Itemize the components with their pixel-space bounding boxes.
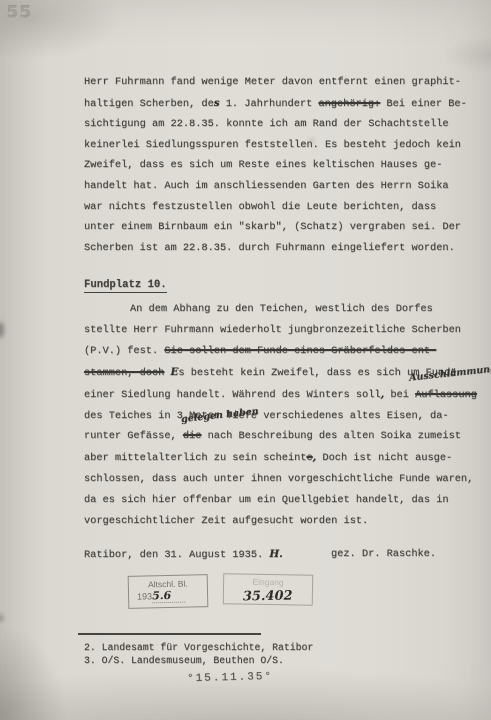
typed-text: Bei einer Be- <box>380 98 467 110</box>
divider-line <box>78 633 261 635</box>
typed-text: An dem Abhang zu den Teichen, westlich d… <box>130 303 433 315</box>
inbox-stamp-handwritten-number: 35.402 <box>243 589 293 605</box>
typed-line: Scherben ist am 22.8.35. durch Fuhrmann … <box>84 238 467 259</box>
typed-text: nach Beschreibung des alten Soika zumeis… <box>201 430 461 442</box>
scan-smudge <box>0 614 3 622</box>
typed-line: aber mittelalterlich zu sein scheinte, D… <box>84 447 477 469</box>
typed-text: 1. Jahrhundert <box>220 98 319 110</box>
paragraph-fundplatz9: Herr Fuhrmann fand wenige Meter davon en… <box>84 72 467 258</box>
typed-line: keinerlei Siedlungsspuren feststellen. E… <box>84 135 467 156</box>
typed-text: handelt hat. Auch im anschliessenden Gar… <box>84 180 449 192</box>
typed-line: stellte Herr Fuhrmann wiederholt jungbro… <box>84 320 477 341</box>
page-number: 55 <box>7 3 33 23</box>
struck-text: angehörig: <box>318 98 380 110</box>
date-stamp: °15.11.35° <box>187 671 273 685</box>
typed-text: (P.V.) fest. <box>84 345 164 357</box>
typed-line: des Teiches in 3 Meter Tiefe verschieden… <box>84 406 477 427</box>
register-stamp-year: 193 <box>137 591 152 601</box>
struck-text: Sie sollen dem Funde eines Gräberfeldes … <box>164 345 436 357</box>
register-stamp: Altschl. Bl. 1935.6 <box>128 574 209 609</box>
typed-line: einer Siedlung handelt. Während des Wint… <box>84 384 477 406</box>
typed-text: stellte Herr Fuhrmann wiederholt jungbro… <box>84 324 461 336</box>
struck-text: stammen, doch <box>84 367 164 379</box>
struck-text: Auflassung <box>415 389 477 401</box>
typed-line: (P.V.) fest. Sie sollen dem Funde eines … <box>84 341 477 362</box>
distribution-item: 3. O/S. Landesmuseum, Beuthen O/S. <box>84 654 313 667</box>
distribution-list: 2. Landesamt für Vorgeschichte, Ratibor … <box>84 641 313 667</box>
typed-text: haltigen Scherben, de <box>84 98 214 110</box>
place-date-text: Ratibor, den 31. August 1935. <box>84 549 263 561</box>
typed-text: aber mittelalterlich zu sein scheint <box>84 452 306 464</box>
typed-line: haltigen Scherben, des 1. Jahrhundert an… <box>84 93 467 115</box>
typed-text: Doch ist nicht ausge- <box>316 452 452 464</box>
typed-line: Herr Fuhrmann fand wenige Meter davon en… <box>84 72 467 93</box>
typed-line: sichtigung am 22.8.35. konnte ich am Ran… <box>84 114 467 135</box>
typed-line: runter Gefässe, diegelegen haben nach Be… <box>84 426 477 447</box>
typed-text: einer Siedlung handelt. Während des Wint… <box>84 389 381 401</box>
typed-line: war nichts festzustellen obwohl die Leut… <box>84 197 467 218</box>
typed-line: da es sich hier offenbar um ein Quellgeb… <box>84 490 477 511</box>
typed-text: Herr Fuhrmann fand wenige Meter davon en… <box>84 76 461 88</box>
inbox-stamp: Eingang 35.402 <box>223 573 314 606</box>
typed-text: schlossen, dass auch unter ihnen vorgesc… <box>84 473 473 485</box>
typed-text: runter Gefässe, <box>84 430 183 442</box>
typed-text: war nichts festzustellen obwohl die Leut… <box>84 201 436 213</box>
typed-line: handelt hat. Auch im anschliessenden Gar… <box>84 176 467 197</box>
typed-text: bei <box>384 389 415 401</box>
place-and-date: Ratibor, den 31. August 1935. H. <box>84 548 283 561</box>
typed-text: vorgeschichtlicher Zeit aufgesucht worde… <box>84 515 368 527</box>
scanned-document-page: 55 Herr Fuhrmann fand wenige Meter davon… <box>0 0 491 720</box>
typed-text: Zweifel, dass es sich um Reste eines kel… <box>84 159 442 171</box>
register-stamp-handwritten-number: 5.6 <box>152 589 185 604</box>
struck-text: die <box>183 430 202 442</box>
section-heading: Fundplatz 10. <box>84 279 167 293</box>
register-stamp-number: 1935.6 <box>129 588 207 603</box>
scan-smudge <box>0 322 4 338</box>
distribution-item: 2. Landesamt für Vorgeschichte, Ratibor <box>84 641 313 654</box>
typed-text: da es sich hier offenbar um ein Quellgeb… <box>84 494 449 506</box>
signed-by: gez. Dr. Raschke. <box>331 548 436 560</box>
typed-line: An dem Abhang zu den Teichen, westlich d… <box>84 299 477 320</box>
typed-text: Scherben ist am 22.8.35. durch Fuhrmann … <box>84 242 455 254</box>
typed-line: vorgeschichtlicher Zeit aufgesucht worde… <box>84 511 477 532</box>
typed-text: unter einem Birnbaum ein "skarb", (Schat… <box>84 221 461 233</box>
paragraph-fundplatz10: An dem Abhang zu den Teichen, westlich d… <box>84 299 477 532</box>
typed-line: unter einem Birnbaum ein "skarb", (Schat… <box>84 217 467 238</box>
typed-line: Zweifel, dass es sich um Reste eines kel… <box>84 155 467 176</box>
typed-text: keinerlei Siedlungsspuren feststellen. E… <box>84 139 461 151</box>
typed-line: schlossen, dass auch unter ihnen vorgesc… <box>84 469 477 490</box>
typed-text: des Teiches in 3 Meter Tiefe verschieden… <box>84 410 449 422</box>
handwritten-initial: H. <box>269 548 282 560</box>
typed-text: sichtigung am 22.8.35. konnte ich am Ran… <box>84 118 449 130</box>
